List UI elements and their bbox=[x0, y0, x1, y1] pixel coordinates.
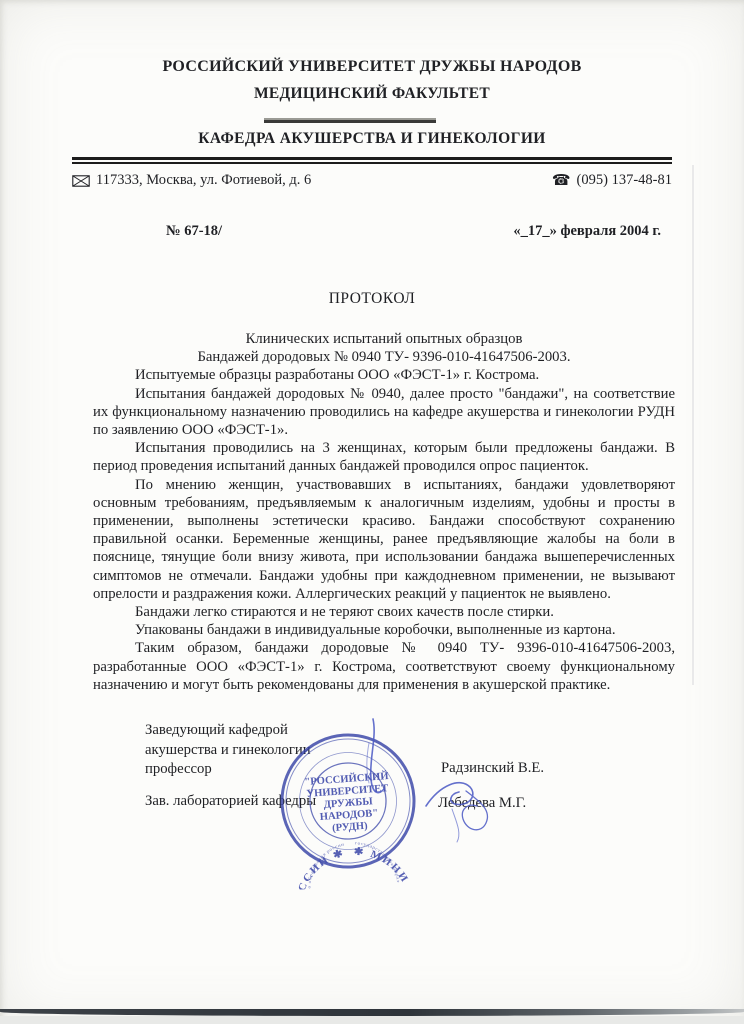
phone-block: ☎ (095) 137-48-81 bbox=[552, 172, 672, 189]
faculty-name: МЕДИЦИНСКИЙ ФАКУЛЬТЕТ bbox=[0, 85, 744, 103]
page-bottom-edge bbox=[0, 1016, 744, 1024]
address-text: 117333, Москва, ул. Фотиевой, д. 6 bbox=[96, 172, 311, 189]
body-paragraph: Таким образом, бандажи дородовые № 0940 … bbox=[93, 639, 675, 694]
address-block: 117333, Москва, ул. Фотиевой, д. 6 bbox=[72, 172, 311, 189]
reference-number: № 67-18/ bbox=[166, 223, 222, 240]
contact-row: 117333, Москва, ул. Фотиевой, д. 6 ☎ (09… bbox=[72, 172, 672, 189]
page-bottom-shadow bbox=[0, 1009, 744, 1016]
envelope-icon bbox=[72, 175, 90, 187]
body-paragraph: Упакованы бандажи в индивидуальные короб… bbox=[93, 621, 675, 639]
signer-name: Лебедева М.Г. bbox=[438, 795, 526, 812]
body-paragraph: Испытания бандажей дородовых № 0940, дал… bbox=[93, 385, 675, 440]
signer-name: Радзинский В.Е. bbox=[441, 760, 544, 777]
university-round-stamp: ✱ МИНИСТЕРСТВО ОБРАЗОВАНИЯ РОССИИ ✱ госу… bbox=[257, 710, 438, 891]
short-divider-rule bbox=[264, 118, 436, 123]
scan-artifact-line bbox=[692, 165, 694, 685]
subtitle-line: Бандажей дородовых № 0940 ТУ- 9396-010-4… bbox=[93, 348, 675, 366]
document-title: ПРОТОКОЛ bbox=[0, 290, 744, 308]
phone-icon: ☎ bbox=[552, 173, 571, 188]
double-divider-rule bbox=[72, 157, 672, 164]
reference-row: № 67-18/ «_17_» февраля 2004 г. bbox=[166, 223, 661, 240]
scanned-document-page: РОССИЙСКИЙ УНИВЕРСИТЕТ ДРУЖБЫ НАРОДОВ МЕ… bbox=[0, 0, 744, 1024]
department-name: КАФЕДРА АКУШЕРСТВА И ГИНЕКОЛОГИИ bbox=[0, 130, 744, 148]
document-body: Клинических испытаний опытных образцов Б… bbox=[93, 330, 675, 694]
body-paragraph: Испытуемые образцы разработаны ООО «ФЭСТ… bbox=[93, 366, 675, 384]
phone-number: (095) 137-48-81 bbox=[577, 172, 672, 189]
reference-date: «_17_» февраля 2004 г. bbox=[513, 223, 661, 240]
body-paragraph: По мнению женщин, участвовавших в испыта… bbox=[93, 476, 675, 603]
subtitle-line: Клинических испытаний опытных образцов bbox=[93, 330, 675, 348]
university-name: РОССИЙСКИЙ УНИВЕРСИТЕТ ДРУЖБЫ НАРОДОВ bbox=[0, 58, 744, 76]
body-paragraph: Испытания проводились на 3 женщинах, кот… bbox=[93, 439, 675, 475]
body-paragraph: Бандажи легко стираются и не теряют свои… bbox=[93, 603, 675, 621]
signature-section: Заведующий кафедрой акушерства и гинекол… bbox=[0, 709, 744, 1009]
letterhead: РОССИЙСКИЙ УНИВЕРСИТЕТ ДРУЖБЫ НАРОДОВ МЕ… bbox=[0, 0, 744, 189]
stamp-center-line: (РУДН) bbox=[332, 821, 369, 834]
